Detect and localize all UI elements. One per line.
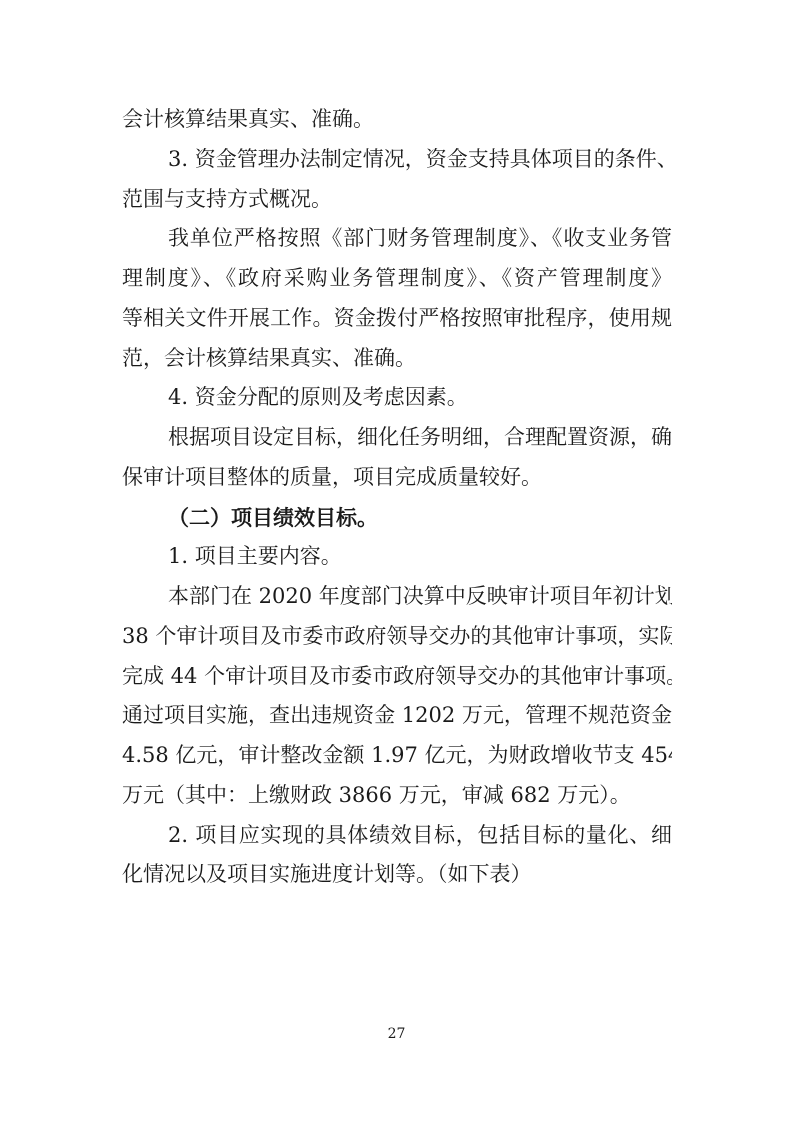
text-line: 完成 44 个审计项目及市委市政府领导交办的其他审计事项。 (122, 657, 672, 697)
text-line: 范围与支持方式概况。 (122, 180, 672, 220)
text-line: 等相关文件开展工作。资金拨付严格按照审批程序，使用规 (122, 299, 672, 339)
text-line: 根据项目设定目标，细化任务明细，合理配置资源，确 (122, 418, 672, 458)
text-line: 万元（其中：上缴财政 3866 万元，审减 682 万元）。 (122, 776, 672, 816)
text-line: 保审计项目整体的质量，项目完成质量较好。 (122, 458, 672, 498)
text-line: 范，会计核算结果真实、准确。 (122, 339, 672, 379)
document-page: 会计核算结果真实、准确。3. 资金管理办法制定情况，资金支持具体项目的条件、范围… (0, 0, 793, 1122)
text-line: 2. 项目应实现的具体绩效目标，包括目标的量化、细 (122, 816, 672, 856)
text-line: 化情况以及项目实施进度计划等。（如下表） (122, 855, 672, 895)
text-line: （二）项目绩效目标。 (122, 498, 672, 538)
text-line: 理制度》、《政府采购业务管理制度》、《资产管理制度》 (122, 259, 672, 299)
text-line: 本部门在 2020 年度部门决算中反映审计项目年初计划 (122, 577, 672, 617)
text-block: 会计核算结果真实、准确。3. 资金管理办法制定情况，资金支持具体项目的条件、范围… (122, 100, 672, 895)
text-line: 38 个审计项目及市委市政府领导交办的其他审计事项，实际 (122, 617, 672, 657)
text-line: 我单位严格按照《部门财务管理制度》、《收支业务管 (122, 219, 672, 259)
text-line: 4. 资金分配的原则及考虑因素。 (122, 378, 672, 418)
text-line: 3. 资金管理办法制定情况，资金支持具体项目的条件、 (122, 140, 672, 180)
page-number: 27 (0, 1026, 793, 1042)
text-line: 1. 项目主要内容。 (122, 537, 672, 577)
text-line: 会计核算结果真实、准确。 (122, 100, 672, 140)
text-line: 通过项目实施，查出违规资金 1202 万元，管理不规范资金 (122, 696, 672, 736)
text-line: 4.58 亿元，审计整改金额 1.97 亿元，为财政增收节支 4548 (122, 736, 672, 776)
